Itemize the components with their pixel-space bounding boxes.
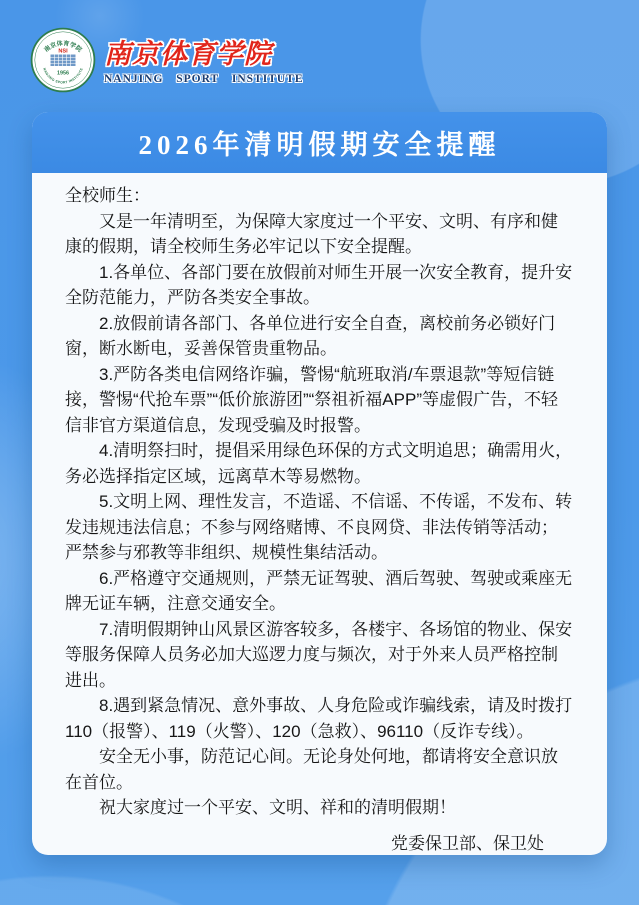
signature-department: 党委保卫部、保卫处 (391, 828, 544, 856)
notice-paragraph: 5.文明上网、理性发言，不造谣、不信谣、不传谣，不发布、转发违规违法信息；不参与… (65, 489, 574, 566)
notice-paragraph: 6.严格遵守交通规则，严禁无证驾驶、酒后驾驶、驾驶或乘座无牌无证车辆，注意交通安… (65, 566, 574, 617)
signature-inner: 党委保卫部、保卫处 2026年4月2日 (391, 828, 544, 856)
notice-title-banner: 2026年清明假期安全提醒 (32, 112, 607, 173)
notice-paragraph: 7.清明假期钟山风景区游客较多，各楼宇、各场馆的物业、保安等服务保障人员务必加大… (65, 617, 574, 694)
notice-title: 2026年清明假期安全提醒 (139, 123, 501, 162)
notice-paragraph: 8.遇到紧急情况、意外事故、人身危险或诈骗线索，请及时拨打110（报警）、119… (65, 693, 574, 744)
notice-paragraphs: 又是一年清明至，为保障大家度过一个平安、文明、有序和健康的假期，请全校师生务必牢… (65, 209, 574, 821)
notice-body: 全校师生： 又是一年清明至，为保障大家度过一个平安、文明、有序和健康的假期，请全… (32, 173, 607, 855)
institute-seal-logo: 南京体育学院 NSI 1956 NANJING SPORT INSTITUTE (30, 27, 96, 93)
institute-header: 南京体育学院 NSI 1956 NANJING SPORT INSTITUTE … (30, 27, 304, 93)
notice-paragraph: 3.严防各类电信网络诈骗，警惕“航班取消/车票退款”等短信链接，警惕“代抢车票”… (65, 362, 574, 439)
institute-name-english: NANJING SPORT INSTITUTE (104, 73, 304, 85)
institute-wordmark: 南京体育学院 NANJING SPORT INSTITUTE (104, 35, 304, 85)
seal-nsi-text: NSI (58, 49, 68, 55)
notice-paragraph: 又是一年清明至，为保障大家度过一个平安、文明、有序和健康的假期，请全校师生务必牢… (65, 209, 574, 260)
seal-year-text: 1956 (57, 71, 69, 77)
seal-building-icon (51, 55, 76, 67)
seal-emblem-icon: 南京体育学院 NSI 1956 NANJING SPORT INSTITUTE (30, 27, 96, 93)
notice-paragraph: 安全无小事，防范记心间。无论身处何地，都请将安全意识放在首位。 (65, 744, 574, 795)
notice-salutation: 全校师生： (65, 183, 574, 209)
notice-paragraph: 1.各单位、各部门要在放假前对师生开展一次安全教育，提升安全防范能力，严防各类安… (65, 260, 574, 311)
safety-notice-poster: 南京体育学院 NSI 1956 NANJING SPORT INSTITUTE … (0, 0, 639, 905)
institute-name-chinese: 南京体育学院 (104, 39, 304, 69)
notice-paragraph: 祝大家度过一个平安、文明、祥和的清明假期！ (65, 795, 574, 821)
notice-card: 2026年清明假期安全提醒 全校师生： 又是一年清明至，为保障大家度过一个平安、… (32, 112, 607, 855)
notice-paragraph: 4.清明祭扫时，提倡采用绿色环保的方式文明追思；确需用火，务必选择指定区域，远离… (65, 438, 574, 489)
notice-paragraph: 2.放假前请各部门、各单位进行安全自查，离校前务必锁好门窗，断水断电，妥善保管贵… (65, 311, 574, 362)
signature-block: 党委保卫部、保卫处 2026年4月2日 (65, 828, 574, 856)
